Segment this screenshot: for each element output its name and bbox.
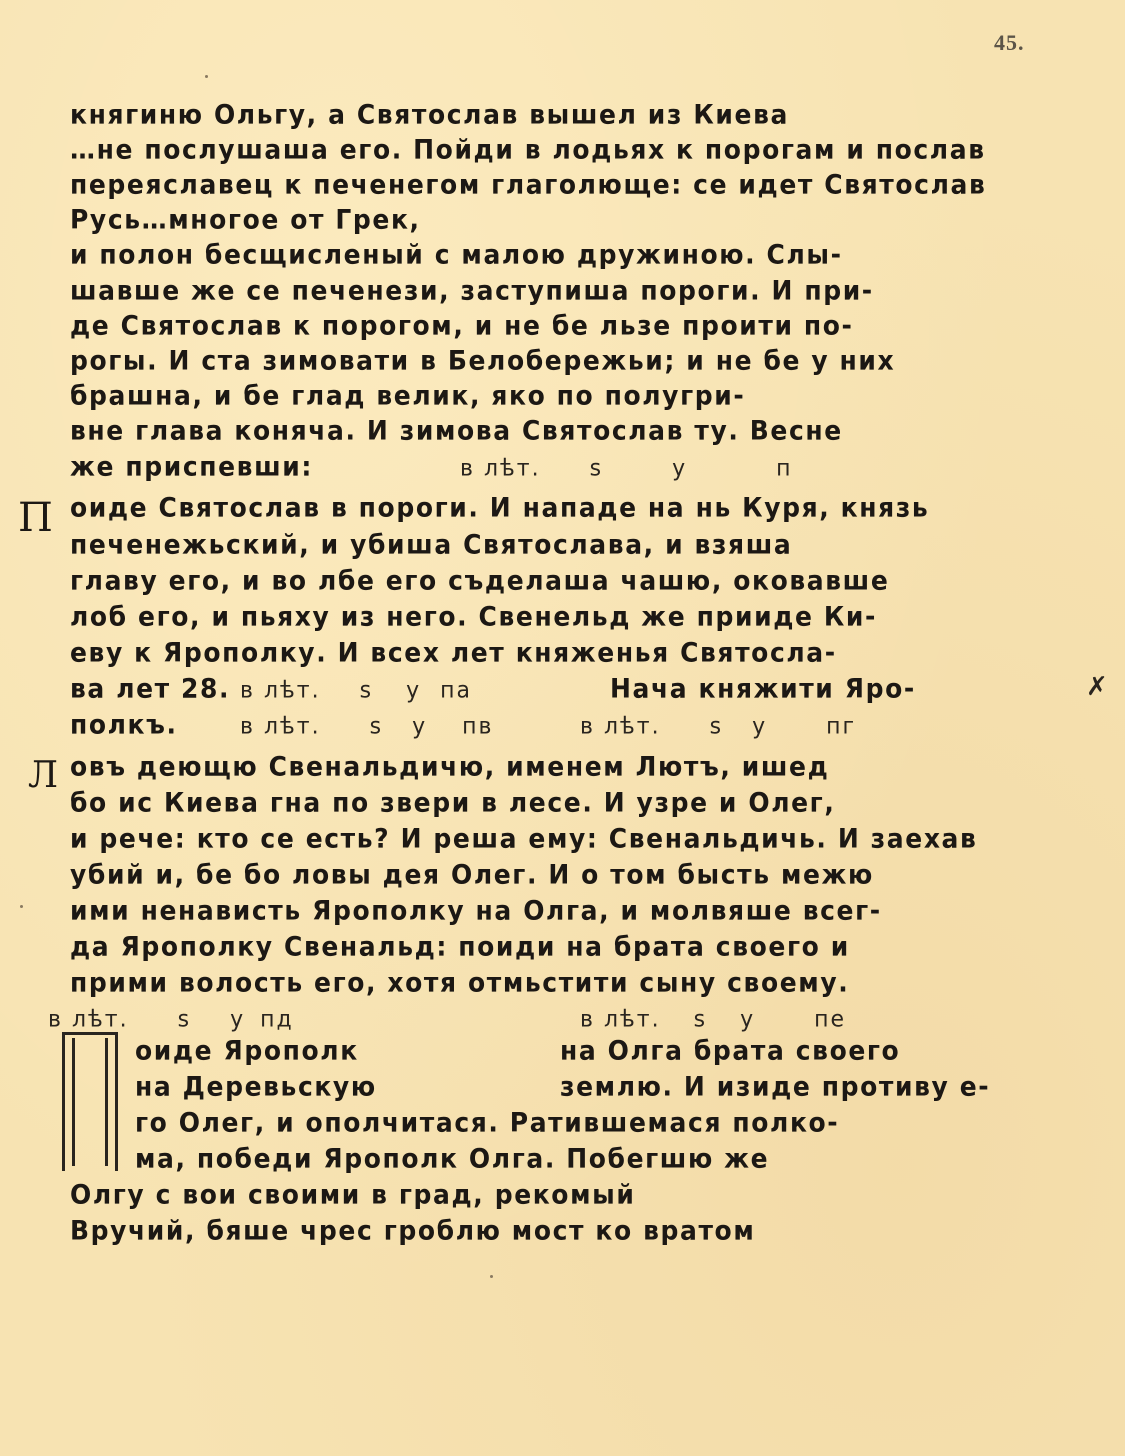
text-line: ва лет 28. bbox=[70, 673, 230, 705]
text-line: главу его, и во лбе его съделаша чашю, о… bbox=[70, 565, 1060, 597]
text-line: полкъ. bbox=[70, 709, 210, 741]
text-line: на Олга брата своего bbox=[560, 1035, 1060, 1067]
text-line: бо ис Киева гна по звери в лесе. И узре … bbox=[70, 787, 1060, 819]
year-entry: в лѣт. ѕ у пг bbox=[580, 711, 1000, 743]
year-numeral: пг bbox=[826, 713, 856, 739]
year-numeral: ѕ bbox=[370, 713, 383, 739]
initial-letter: П bbox=[18, 495, 53, 541]
text-line: вне глава коняча. И зимова Святослав ту.… bbox=[70, 415, 1060, 447]
text-line: на Деревьскую bbox=[135, 1071, 435, 1103]
year-numeral: пд bbox=[260, 1006, 294, 1032]
year-numeral: у bbox=[406, 677, 421, 703]
paper-speck bbox=[20, 905, 23, 908]
year-numeral: пе bbox=[814, 1006, 846, 1032]
initial-letter: Л bbox=[28, 755, 58, 796]
year-numeral: ѕ bbox=[360, 677, 373, 703]
page-number: 45. bbox=[994, 30, 1025, 56]
text-line: Нача княжити Яро- bbox=[610, 673, 1060, 705]
text-line: рогы. И ста зимовати в Белобережьи; и не… bbox=[70, 345, 1060, 377]
text-line: да Ярополку Свенальд: поиди на брата сво… bbox=[70, 931, 1060, 963]
initial-inner-frame bbox=[72, 1038, 108, 1166]
text-line: оиде Святослав в пороги. И нападе на нь … bbox=[70, 492, 1060, 524]
text-line: шавше же се печенези, заступиша пороги. … bbox=[70, 275, 1060, 307]
text-line: де Святослав к порогом, и не бе льзе про… bbox=[70, 310, 1060, 342]
year-entry: в лѣт. ѕ у пе bbox=[580, 1004, 1000, 1036]
year-label: в лѣт. bbox=[240, 677, 321, 703]
year-entry: в лѣт. ѕ у пв bbox=[240, 711, 570, 743]
text-line: и рече: кто се есть? И реша ему: Свеналь… bbox=[70, 823, 1060, 855]
year-label: в лѣт. bbox=[460, 455, 541, 481]
paper-speck bbox=[205, 75, 208, 78]
text-line: …не послушаша его. Пойди в лодьях к поро… bbox=[70, 134, 1060, 166]
year-numeral: па bbox=[440, 677, 472, 703]
decorated-initial-p bbox=[62, 1032, 118, 1172]
text-line: и полон бесщисленый с малою дружиною. Сл… bbox=[70, 239, 1060, 271]
text-line: княгиню Ольгу, а Святослав вышел из Киев… bbox=[70, 99, 1060, 131]
year-numeral: у bbox=[672, 455, 687, 481]
text-line: овъ деющю Свенальдичю, именем Лютъ, ишед bbox=[70, 751, 1060, 783]
paper-speck bbox=[490, 1275, 493, 1278]
year-numeral: ѕ bbox=[710, 713, 723, 739]
year-numeral: ѕ bbox=[590, 455, 603, 481]
year-numeral: ѕ bbox=[694, 1006, 707, 1032]
text-line: ими ненависть Ярополку на Олга, и молвяш… bbox=[70, 895, 1060, 927]
year-entry: в лѣт. ѕ у па bbox=[240, 675, 600, 707]
text-line: убий и, бе бо ловы дея Олег. И о том быс… bbox=[70, 859, 1060, 891]
text-line: Олгу с вои своими в град, рекомый bbox=[70, 1179, 1060, 1211]
text-line: ма, победи Ярополк Олга. Побегшю же bbox=[135, 1143, 1060, 1175]
year-numeral: у bbox=[230, 1006, 245, 1032]
text-line: переяславец к печенегом глаголюще: се ид… bbox=[70, 169, 1060, 201]
text-line: землю. И изиде противу е- bbox=[560, 1071, 1060, 1103]
year-numeral: у bbox=[740, 1006, 755, 1032]
text-line: еву к Ярополку. И всех лет княженья Свят… bbox=[70, 637, 1060, 669]
text-line: го Олег, и ополчитася. Ратившемася полко… bbox=[135, 1107, 1060, 1139]
text-line: же приспевши: bbox=[70, 451, 450, 483]
text-line: прими волость его, хотя отмьстити сыну с… bbox=[70, 967, 1060, 999]
text-line: печенежьский, и убиша Святослава, и взяш… bbox=[70, 529, 1060, 561]
text-line: лоб его, и пьяху из него. Свенельд же пр… bbox=[70, 601, 1060, 633]
year-entry: в лѣт. ѕ у п bbox=[460, 453, 960, 485]
year-label: в лѣт. bbox=[580, 1006, 661, 1032]
text-line: оиде Ярополк bbox=[135, 1035, 435, 1067]
year-numeral: у bbox=[412, 713, 427, 739]
text-line: Вручий, бяше чрес гроблю мост ко вратом bbox=[70, 1215, 1060, 1247]
year-numeral: ѕ bbox=[178, 1006, 191, 1032]
year-label: в лѣт. bbox=[48, 1006, 129, 1032]
text-line: Русь…многое от Грек, bbox=[70, 204, 1060, 236]
text-line: брашна, и бе глад велик, яко по полугри- bbox=[70, 380, 1060, 412]
year-numeral: пв bbox=[462, 713, 493, 739]
year-numeral: п bbox=[776, 455, 792, 481]
margin-cross-mark: ✗ bbox=[1086, 672, 1108, 702]
year-label: в лѣт. bbox=[240, 713, 321, 739]
year-label: в лѣт. bbox=[580, 713, 661, 739]
year-numeral: у bbox=[752, 713, 767, 739]
